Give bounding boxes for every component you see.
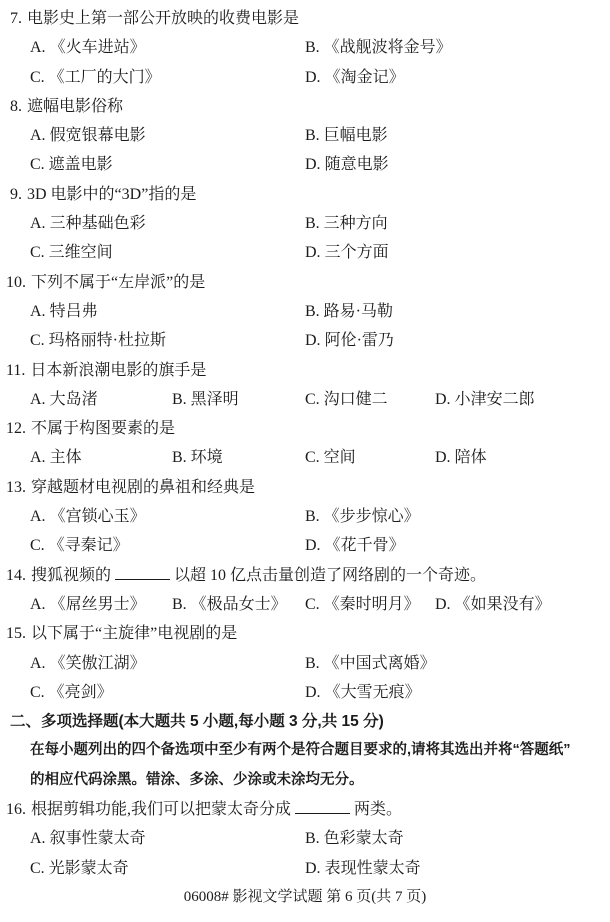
question-stem-text: 不属于构图要素的是 [31, 420, 175, 437]
option-label: B. [305, 39, 320, 56]
option-label: A. [30, 508, 46, 525]
option-d: D.陪体 [435, 443, 610, 472]
question-number: 15. [6, 625, 26, 642]
option-label: A. [30, 391, 46, 408]
options-row: C.《寻秦记》 D.《花千骨》 [0, 531, 610, 560]
question-stem-text: 日本新浪潮电影的旗手是 [30, 362, 206, 379]
option-c: C.遮盖电影 [30, 150, 305, 179]
option-label: D. [305, 332, 321, 349]
section-2-header: 二、多项选择题(本大题共 5 小题,每小题 3 分,共 15 分) 在每小题列出… [0, 707, 610, 795]
option-label: C. [30, 537, 45, 554]
option-a: A.特吕弗 [30, 297, 305, 326]
question-number: 9. [10, 186, 22, 203]
question-11: 11.日本新浪潮电影的旗手是 A.大岛渚 B.黑泽明 C.沟口健二 D.小津安二… [0, 356, 610, 415]
option-c: C.《寻秦记》 [30, 531, 305, 560]
option-label: A. [30, 39, 46, 56]
option-b: B.环境 [172, 443, 305, 472]
option-c: C.玛格丽特·杜拉斯 [30, 326, 305, 355]
options-row: A.《屌丝男士》 B.《极品女士》 C.《秦时明月》 D.《如果没有》 [0, 590, 610, 619]
options-row: A.叙事性蒙太奇 B.色彩蒙太奇 [0, 824, 610, 853]
option-text: 主体 [50, 449, 82, 466]
question-stem: 9.3D 电影中的“3D”指的是 [0, 180, 610, 209]
option-b: B.《极品女士》 [172, 590, 305, 619]
option-b: B.《中国式离婚》 [305, 649, 610, 678]
question-stem-text: 以下属于“主旋律”电视剧的是 [31, 625, 237, 642]
option-label: D. [435, 449, 451, 466]
question-16: 16.根据剪辑功能,我们可以把蒙太奇分成两类。 A.叙事性蒙太奇 B.色彩蒙太奇… [0, 795, 610, 883]
option-label: B. [305, 127, 320, 144]
exam-page: 7.电影史上第一部公开放映的收费电影是 A.《火车进站》 B.《战舰波将金号》 … [0, 0, 610, 922]
options-row: C.玛格丽特·杜拉斯 D.阿伦·雷乃 [0, 326, 610, 355]
question-stem: 14.搜狐视频的以超 10 亿点击量创造了网络剧的一个奇迹。 [0, 561, 610, 590]
question-stem: 10.下列不属于“左岸派”的是 [0, 268, 610, 297]
option-text: 叙事性蒙太奇 [50, 830, 146, 847]
option-text: 大岛渚 [50, 391, 98, 408]
question-15: 15.以下属于“主旋律”电视剧的是 A.《笑傲江湖》 B.《中国式离婚》 C.《… [0, 619, 610, 707]
question-stem-text: 3D 电影中的“3D”指的是 [27, 186, 196, 203]
option-label: B. [305, 830, 320, 847]
options-row: A.《火车进站》 B.《战舰波将金号》 [0, 33, 610, 62]
option-label: D. [305, 244, 321, 261]
option-label: B. [172, 391, 187, 408]
question-number: 16. [6, 801, 26, 818]
options-row: A.三种基础色彩 B.三种方向 [0, 209, 610, 238]
option-text: 三维空间 [49, 244, 113, 261]
option-label: D. [435, 596, 451, 613]
option-a: A.假宽银幕电影 [30, 121, 305, 150]
option-label: A. [30, 596, 46, 613]
question-stem: 12.不属于构图要素的是 [0, 414, 610, 443]
answer-blank [115, 575, 170, 580]
option-label: B. [305, 303, 320, 320]
question-12: 12.不属于构图要素的是 A.主体 B.环境 C.空间 D.陪体 [0, 414, 610, 473]
option-label: B. [305, 655, 320, 672]
option-label: C. [305, 449, 320, 466]
option-text: 表现性蒙太奇 [325, 860, 421, 877]
option-label: C. [305, 596, 320, 613]
option-label: B. [172, 596, 187, 613]
option-d: D.《如果没有》 [435, 590, 610, 619]
page-footer: 06008# 影视文学试题 第 6 页(共 7 页) [0, 883, 610, 912]
options-row: C.光影蒙太奇 D.表现性蒙太奇 [0, 854, 610, 883]
options-row: A.主体 B.环境 C.空间 D.陪体 [0, 443, 610, 472]
options-row: C.遮盖电影 D.随意电影 [0, 150, 610, 179]
options-row: C.《工厂的大门》 D.《淘金记》 [0, 63, 610, 92]
option-a: A.《火车进站》 [30, 33, 305, 62]
option-b: B.《步步惊心》 [305, 502, 610, 531]
option-label: C. [30, 684, 45, 701]
option-text: 三种基础色彩 [50, 215, 146, 232]
option-text: 《中国式离婚》 [324, 655, 436, 672]
option-b: B.《战舰波将金号》 [305, 33, 610, 62]
option-label: C. [30, 69, 45, 86]
option-text: 《战舰波将金号》 [324, 39, 452, 56]
option-text: 《屌丝男士》 [50, 596, 146, 613]
option-label: C. [30, 332, 45, 349]
question-stem-text: 穿越题材电视剧的鼻祖和经典是 [31, 479, 255, 496]
question-stem-text: 遮幅电影俗称 [27, 98, 123, 115]
option-text: 环境 [191, 449, 223, 466]
options-row: C.三维空间 D.三个方面 [0, 238, 610, 267]
option-a: A.大岛渚 [30, 385, 172, 414]
option-c: C.《亮剑》 [30, 678, 305, 707]
option-c: C.沟口健二 [305, 385, 435, 414]
question-number: 10. [6, 274, 26, 291]
question-13: 13.穿越题材电视剧的鼻祖和经典是 A.《宫锁心玉》 B.《步步惊心》 C.《寻… [0, 473, 610, 561]
option-text: 《大雪无痕》 [325, 684, 421, 701]
option-a: A.《宫锁心玉》 [30, 502, 305, 531]
question-stem: 7.电影史上第一部公开放映的收费电影是 [0, 4, 610, 33]
section-instructions-line1: 在每小题列出的四个备选项中至少有两个是符合题目要求的,请将其选出并将“答题纸” [0, 736, 610, 765]
question-number: 7. [10, 10, 22, 27]
question-stem: 11.日本新浪潮电影的旗手是 [0, 356, 610, 385]
option-text: 小津安二郎 [455, 391, 535, 408]
question-number: 12. [6, 420, 26, 437]
option-label: D. [305, 537, 321, 554]
option-c: C.空间 [305, 443, 435, 472]
option-d: D.随意电影 [305, 150, 610, 179]
question-stem: 15.以下属于“主旋律”电视剧的是 [0, 619, 610, 648]
option-text: 《淘金记》 [325, 69, 405, 86]
answer-blank [295, 809, 350, 814]
question-number: 14. [6, 567, 26, 584]
option-label: A. [30, 830, 46, 847]
option-label: B. [172, 449, 187, 466]
question-number: 13. [6, 479, 26, 496]
option-d: D.《淘金记》 [305, 63, 610, 92]
option-c: C.光影蒙太奇 [30, 854, 305, 883]
option-label: A. [30, 655, 46, 672]
option-text: 《火车进站》 [50, 39, 146, 56]
option-text: 《宫锁心玉》 [50, 508, 146, 525]
option-b: B.色彩蒙太奇 [305, 824, 610, 853]
option-label: A. [30, 215, 46, 232]
option-d: D.三个方面 [305, 238, 610, 267]
option-text: 《花千骨》 [325, 537, 405, 554]
question-stem-text: 两类。 [354, 801, 402, 818]
question-stem-text: 下列不属于“左岸派”的是 [31, 274, 205, 291]
option-label: C. [30, 156, 45, 173]
option-label: D. [305, 684, 321, 701]
option-text: 黑泽明 [191, 391, 239, 408]
option-text: 光影蒙太奇 [49, 860, 129, 877]
question-stem-text: 电影史上第一部公开放映的收费电影是 [27, 10, 299, 27]
option-c: C.三维空间 [30, 238, 305, 267]
option-text: 三个方面 [325, 244, 389, 261]
option-text: 遮盖电影 [49, 156, 113, 173]
option-text: 陪体 [455, 449, 487, 466]
question-stem: 16.根据剪辑功能,我们可以把蒙太奇分成两类。 [0, 795, 610, 824]
option-text: 沟口健二 [324, 391, 388, 408]
question-9: 9.3D 电影中的“3D”指的是 A.三种基础色彩 B.三种方向 C.三维空间 … [0, 180, 610, 268]
option-c: C.《工厂的大门》 [30, 63, 305, 92]
option-label: C. [305, 391, 320, 408]
option-label: B. [305, 215, 320, 232]
option-b: B.黑泽明 [172, 385, 305, 414]
question-number: 11. [6, 362, 25, 379]
options-row: C.《亮剑》 D.《大雪无痕》 [0, 678, 610, 707]
option-d: D.《大雪无痕》 [305, 678, 610, 707]
option-label: C. [30, 860, 45, 877]
option-text: 巨幅电影 [324, 127, 388, 144]
section-title: 二、多项选择题(本大题共 5 小题,每小题 3 分,共 15 分) [0, 707, 610, 736]
question-stem-text: 以超 10 亿点击量创造了网络剧的一个奇迹。 [174, 567, 486, 584]
option-a: A.三种基础色彩 [30, 209, 305, 238]
question-14: 14.搜狐视频的以超 10 亿点击量创造了网络剧的一个奇迹。 A.《屌丝男士》 … [0, 561, 610, 620]
option-text: 《笑傲江湖》 [50, 655, 146, 672]
option-a: A.《笑傲江湖》 [30, 649, 305, 678]
question-stem: 13.穿越题材电视剧的鼻祖和经典是 [0, 473, 610, 502]
option-text: 《如果没有》 [455, 596, 551, 613]
option-label: B. [305, 508, 320, 525]
option-d: D.小津安二郎 [435, 385, 610, 414]
question-stem-text: 根据剪辑功能,我们可以把蒙太奇分成 [31, 801, 291, 818]
option-label: D. [305, 69, 321, 86]
option-a: A.叙事性蒙太奇 [30, 824, 305, 853]
option-text: 随意电影 [325, 156, 389, 173]
options-row: A.特吕弗 B.路易·马勒 [0, 297, 610, 326]
question-10: 10.下列不属于“左岸派”的是 A.特吕弗 B.路易·马勒 C.玛格丽特·杜拉斯… [0, 268, 610, 356]
option-text: 玛格丽特·杜拉斯 [49, 332, 166, 349]
option-b: B.巨幅电影 [305, 121, 610, 150]
option-text: 三种方向 [324, 215, 388, 232]
option-label: A. [30, 303, 46, 320]
option-d: D.阿伦·雷乃 [305, 326, 610, 355]
option-text: 《寻秦记》 [49, 537, 129, 554]
option-text: 空间 [324, 449, 356, 466]
option-text: 假宽银幕电影 [50, 127, 146, 144]
options-row: A.《宫锁心玉》 B.《步步惊心》 [0, 502, 610, 531]
options-row: A.大岛渚 B.黑泽明 C.沟口健二 D.小津安二郎 [0, 385, 610, 414]
option-text: 色彩蒙太奇 [324, 830, 404, 847]
option-label: D. [305, 156, 321, 173]
question-7: 7.电影史上第一部公开放映的收费电影是 A.《火车进站》 B.《战舰波将金号》 … [0, 4, 610, 92]
option-text: 《工厂的大门》 [49, 69, 161, 86]
option-text: 《亮剑》 [49, 684, 113, 701]
option-label: C. [30, 244, 45, 261]
section-instructions-line2: 的相应代码涂黑。错涂、多涂、少涂或未涂均无分。 [0, 766, 610, 795]
option-text: 特吕弗 [50, 303, 98, 320]
option-a: A.《屌丝男士》 [30, 590, 172, 619]
option-b: B.三种方向 [305, 209, 610, 238]
option-a: A.主体 [30, 443, 172, 472]
option-text: 《秦时明月》 [324, 596, 420, 613]
option-label: A. [30, 127, 46, 144]
option-label: D. [435, 391, 451, 408]
option-text: 阿伦·雷乃 [325, 332, 394, 349]
option-b: B.路易·马勒 [305, 297, 610, 326]
option-text: 《极品女士》 [191, 596, 287, 613]
question-stem: 8.遮幅电影俗称 [0, 92, 610, 121]
option-label: D. [305, 860, 321, 877]
option-d: D.《花千骨》 [305, 531, 610, 560]
option-text: 《步步惊心》 [324, 508, 420, 525]
question-stem-text: 搜狐视频的 [31, 567, 111, 584]
question-8: 8.遮幅电影俗称 A.假宽银幕电影 B.巨幅电影 C.遮盖电影 D.随意电影 [0, 92, 610, 180]
option-c: C.《秦时明月》 [305, 590, 435, 619]
option-d: D.表现性蒙太奇 [305, 854, 610, 883]
question-number: 8. [10, 98, 22, 115]
options-row: A.假宽银幕电影 B.巨幅电影 [0, 121, 610, 150]
options-row: A.《笑傲江湖》 B.《中国式离婚》 [0, 649, 610, 678]
option-text: 路易·马勒 [324, 303, 393, 320]
option-label: A. [30, 449, 46, 466]
